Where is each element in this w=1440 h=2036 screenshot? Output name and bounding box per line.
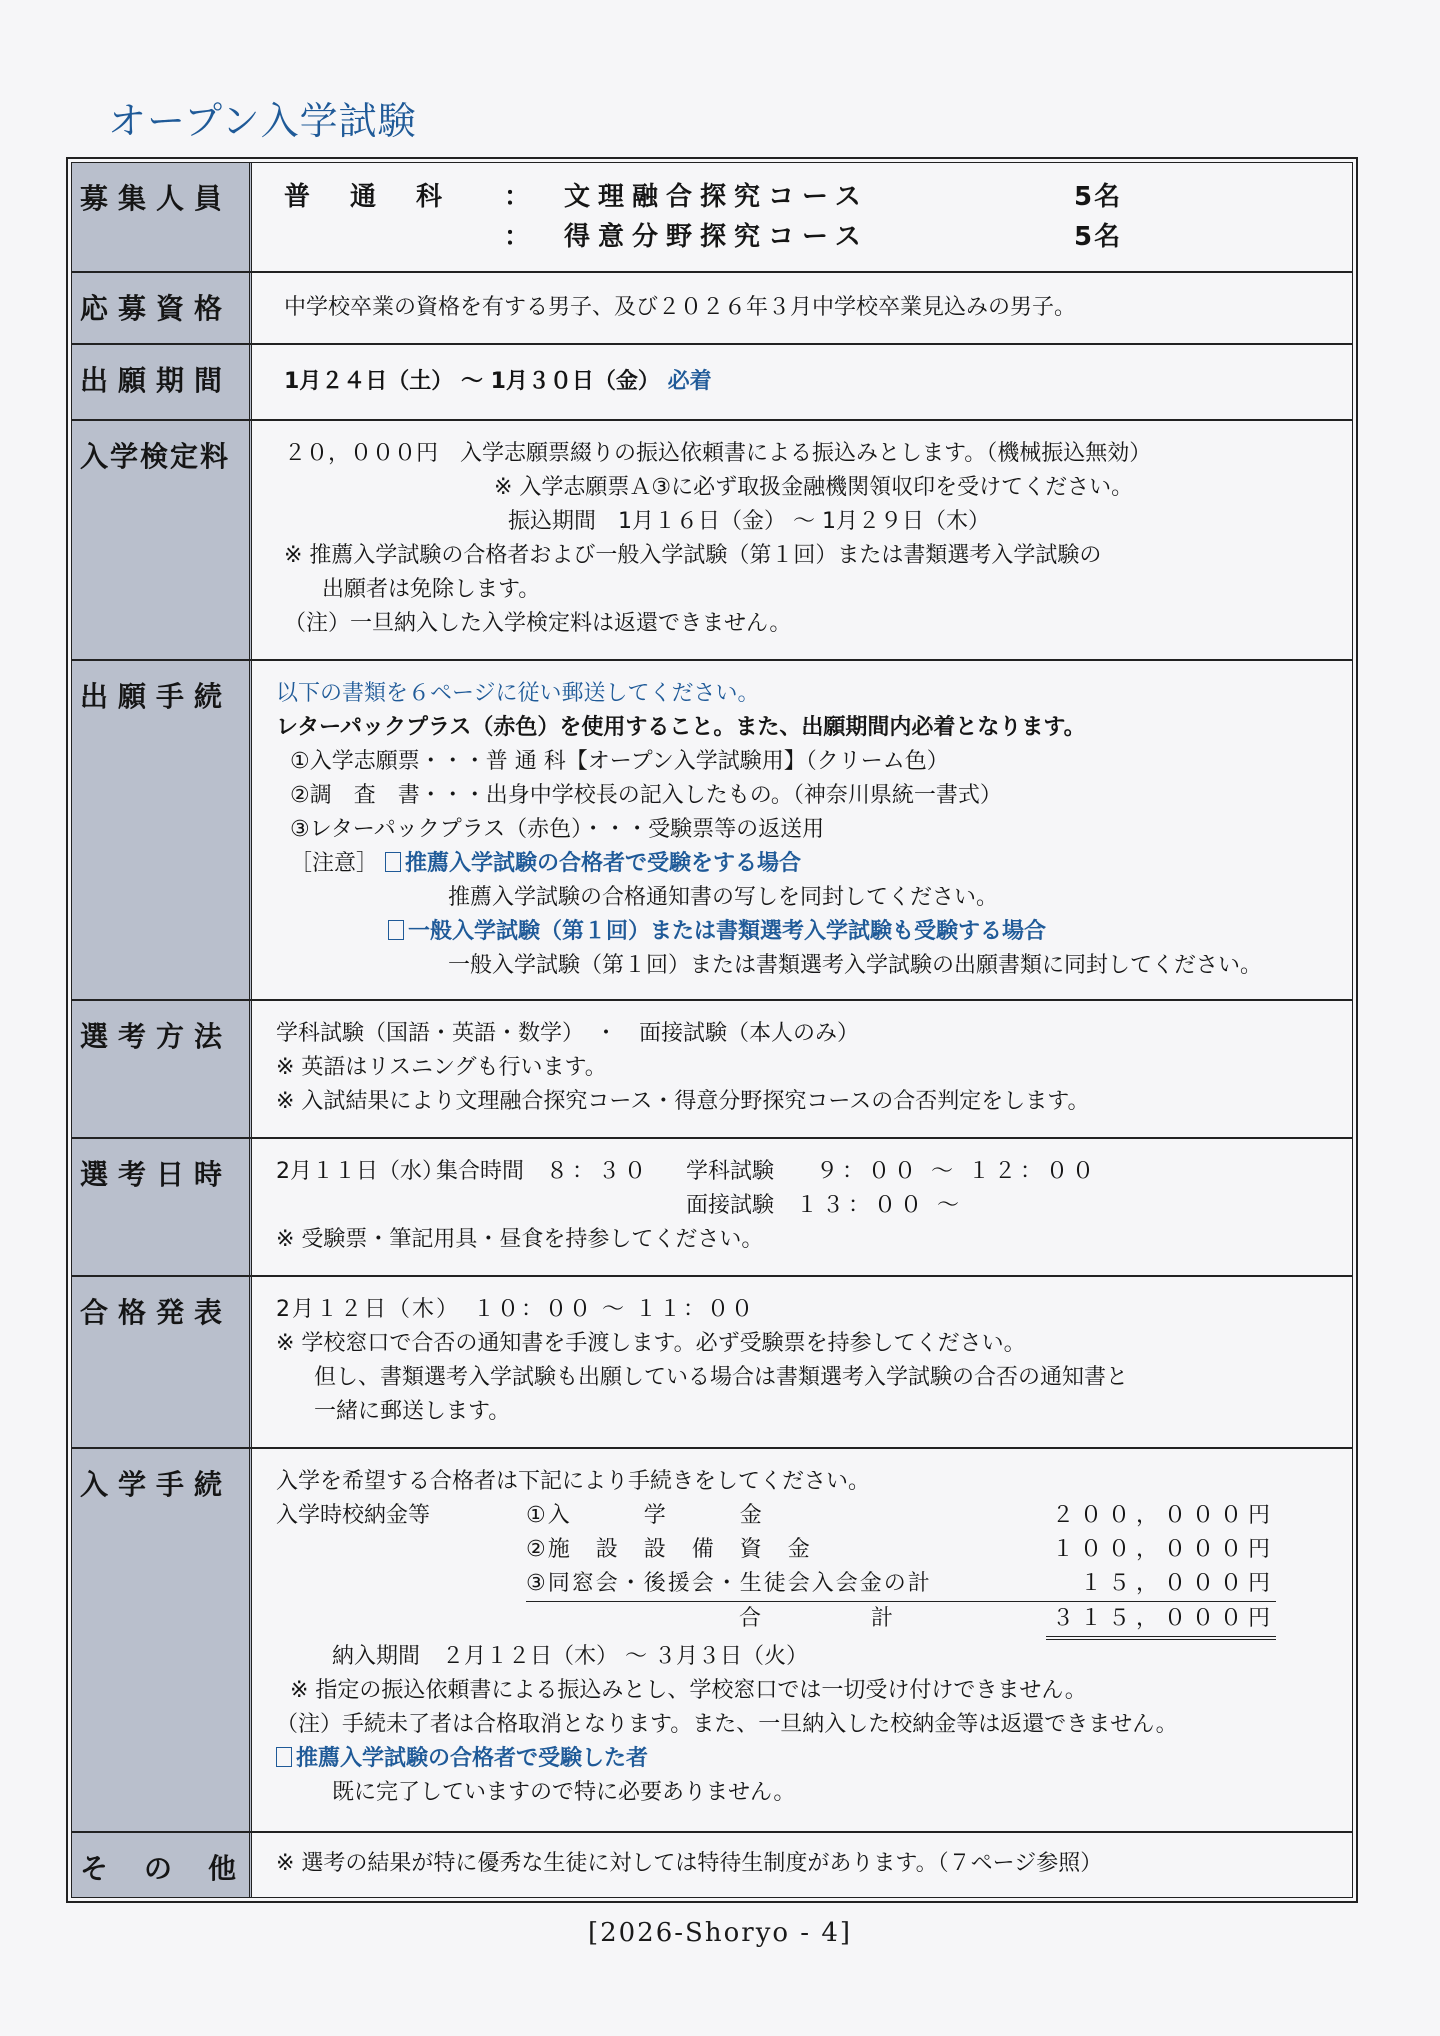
application-period-dates: 1月２４日（土） ～ 1月３０日（金） <box>284 369 660 394</box>
enrollment-note: （注）手続未了者は合格取消となります。また、一旦納入した校納金等は返還できません… <box>276 1708 1332 1742</box>
total-label: 合 計 <box>526 1602 1046 1640</box>
procedure-item: ③レターパックプラス（赤色）・・・受験票等の返送用 <box>276 813 1332 847</box>
results-datetime: 2月１２日（木） １０：００ ～ １１：００ <box>276 1293 1332 1327</box>
row-exam-fee: 入学検定料 ２０，０００円 入学志願票綴りの振込依頼書による振込みとします。（機… <box>72 421 1352 661</box>
caution-heading: 一般入学試験（第１回）または書類選考入学試験も受験する場合 <box>276 915 1332 949</box>
exam-fee-line: （注）一旦納入した入学検定料は返還できません。 <box>284 607 1332 641</box>
row-application-procedure: 出願手続 以下の書類を６ページに従い郵送してください。 レターパックプラス（赤色… <box>72 661 1352 1001</box>
written-label: 学科試験 <box>686 1155 816 1189</box>
admission-info-table: 募集人員 普通科 ： 文理融合探究コース 5名 ： 得意分野探究コース 5名 応… <box>66 157 1358 1903</box>
fee-amount: １５，０００円 <box>1046 1567 1276 1602</box>
other-text: ※ 選考の結果が特に優秀な生徒に対しては特待生制度があります。（７ページ参照） <box>276 1847 1332 1881</box>
interview-label: 面接試験 <box>686 1189 796 1223</box>
course-name: 得意分野探究コース <box>564 217 1074 257</box>
label-exam-schedule: 選考日時 <box>72 1139 252 1275</box>
course-count: 5名 <box>1074 217 1154 257</box>
procedure-note: レターパックプラス（赤色）を使用すること。また、出願期間内必着となります。 <box>276 711 1332 745</box>
checkbox-icon <box>388 920 404 940</box>
page-title: オープン入学試験 <box>108 90 417 145</box>
label-results: 合格発表 <box>72 1277 252 1447</box>
enrollment-note: ※ 指定の振込依頼書による振込みとし、学校窓口では一切受け付けできません。 <box>276 1674 1332 1708</box>
row-eligibility: 応募資格 中学校卒業の資格を有する男子、及び２０２６年３月中学校卒業見込みの男子… <box>72 273 1352 345</box>
label-application-procedure: 出願手続 <box>72 661 252 999</box>
fee-name: ①入 学 金 <box>526 1499 1046 1533</box>
spacer <box>276 1567 526 1602</box>
caution-heading-text: 推薦入学試験の合格者で受験をする場合 <box>405 851 801 876</box>
exam-fee-line: ※ 推薦入学試験の合格者および一般入学試験（第１回）または書類選考入学試験の <box>284 539 1332 573</box>
selection-line: 学科試験（国語・英語・数学） ・ 面接試験（本人のみ） <box>276 1017 1332 1051</box>
caution-heading: 推薦入学試験の合格者で受験をする場合 <box>385 851 801 876</box>
department: 普通科 <box>284 177 504 217</box>
recommend-detail: 既に完了していますので特に必要ありません。 <box>276 1776 1332 1810</box>
fee-amount: １００，０００円 <box>1046 1533 1276 1567</box>
caution-detail: 推薦入学試験の合格通知書の写しを同封してください。 <box>276 881 1332 915</box>
total-amount: ３１５，０００円 <box>1046 1602 1276 1640</box>
gather-time: ８：３０ <box>546 1155 686 1189</box>
exam-fee-line: ２０，０００円 入学志願票綴りの振込依頼書による振込みとします。（機械振込無効） <box>284 437 1332 471</box>
application-period-highlight: 必着 <box>668 369 712 394</box>
label-application-period: 出願期間 <box>72 345 252 419</box>
gather-label: 集合時間 <box>436 1155 546 1189</box>
results-line: ※ 学校窓口で合否の通知書を手渡します。必ず受験票を持参してください。 <box>276 1327 1332 1361</box>
page-footer: [2026-Shoryo - 4] <box>0 1918 1440 1948</box>
row-selection-method: 選考方法 学科試験（国語・英語・数学） ・ 面接試験（本人のみ） ※ 英語はリス… <box>72 1001 1352 1139</box>
procedure-intro: 以下の書類を６ページに従い郵送してください。 <box>276 677 1332 711</box>
written-time: ９：００ ～ １２：００ <box>816 1155 1098 1189</box>
label-eligibility: 応募資格 <box>72 273 252 343</box>
procedure-item: ①入学志願票・・・普 通 科【オープン入学試験用】（クリーム色） <box>276 745 1332 779</box>
fee-amount: ２００，０００円 <box>1046 1499 1276 1533</box>
results-line: 一緒に郵送します。 <box>276 1395 1332 1429</box>
selection-line: ※ 入試結果により文理融合探究コース・得意分野探究コースの合否判定をします。 <box>276 1085 1332 1119</box>
label-exam-fee: 入学検定料 <box>72 421 252 659</box>
caution-detail: 一般入学試験（第１回）または書類選考入学試験の出願書類に同封してください。 <box>276 949 1332 983</box>
fee-name: ②施 設 設 備 資 金 <box>526 1533 1046 1567</box>
caution-heading-text: 一般入学試験（第１回）または書類選考入学試験も受験する場合 <box>408 919 1046 944</box>
recommend-heading: 推薦入学試験の合格者で受験した者 <box>276 1742 1332 1776</box>
fees-label: 入学時校納金等 <box>276 1499 526 1533</box>
exam-fee-line: ※ 入学志願票Ａ③に必ず取扱金融機関領収印を受けてください。 <box>284 471 1332 505</box>
row-recruit: 募集人員 普通科 ： 文理融合探究コース 5名 ： 得意分野探究コース 5名 <box>72 163 1352 273</box>
label-other: その他 <box>72 1833 252 1897</box>
row-other: その他 ※ 選考の結果が特に優秀な生徒に対しては特待生制度があります。（７ページ… <box>72 1833 1352 1897</box>
colon: ： <box>504 177 564 217</box>
eligibility-text: 中学校卒業の資格を有する男子、及び２０２６年３月中学校卒業見込みの男子。 <box>284 291 1332 325</box>
fee-table: 入学時校納金等 ①入 学 金 ２００，０００円 ②施 設 設 備 資 金 １００… <box>276 1499 1332 1640</box>
schedule-note: ※ 受験票・筆記用具・昼食を持参してください。 <box>276 1223 1332 1257</box>
fee-name: ③同窓会・後援会・生徒会入会金の計 <box>526 1567 1046 1602</box>
spacer <box>276 1533 526 1567</box>
enrollment-intro: 入学を希望する合格者は下記により手続きをしてください。 <box>276 1465 1332 1499</box>
payment-period: 納入期間 ２月１２日（木） ～ ３月３日（火） <box>276 1640 1332 1674</box>
row-application-period: 出願期間 1月２４日（土） ～ 1月３０日（金） 必着 <box>72 345 1352 421</box>
procedure-item: ②調 査 書・・・出身中学校長の記入したもの。（神奈川県統一書式） <box>276 779 1332 813</box>
checkbox-icon <box>276 1747 292 1767</box>
recruit-line-1: 普通科 ： 文理融合探究コース 5名 <box>284 177 1332 217</box>
recommend-heading-text: 推薦入学試験の合格者で受験した者 <box>296 1746 648 1771</box>
exam-fee-line: 出願者は免除します。 <box>284 573 1332 607</box>
department-spacer <box>284 217 504 257</box>
selection-line: ※ 英語はリスニングも行います。 <box>276 1051 1332 1085</box>
spacer <box>276 1602 526 1640</box>
colon: ： <box>504 217 564 257</box>
label-selection-method: 選考方法 <box>72 1001 252 1137</box>
row-exam-schedule: 選考日時 2月１１日（水） 集合時間 ８：３０ 学科試験 ９：００ ～ １２：０… <box>72 1139 1352 1277</box>
exam-date: 2月１１日（水） <box>276 1155 436 1189</box>
row-results: 合格発表 2月１２日（木） １０：００ ～ １１：００ ※ 学校窓口で合否の通知… <box>72 1277 1352 1449</box>
exam-fee-line: 振込期間 1月１６日（金） ～ 1月２９日（木） <box>284 505 1332 539</box>
label-enrollment: 入学手続 <box>72 1449 252 1831</box>
checkbox-icon <box>385 852 401 872</box>
results-line: 但し、書類選考入学試験も出願している場合は書類選考入学試験の合否の通知書と <box>276 1361 1332 1395</box>
recruit-line-2: ： 得意分野探究コース 5名 <box>284 217 1332 257</box>
caution-label: ［注意］ <box>290 851 378 876</box>
course-name: 文理融合探究コース <box>564 177 1074 217</box>
interview-time: １３：００ ～ <box>796 1189 963 1223</box>
course-count: 5名 <box>1074 177 1154 217</box>
row-enrollment: 入学手続 入学を希望する合格者は下記により手続きをしてください。 入学時校納金等… <box>72 1449 1352 1833</box>
label-recruit: 募集人員 <box>72 163 252 271</box>
